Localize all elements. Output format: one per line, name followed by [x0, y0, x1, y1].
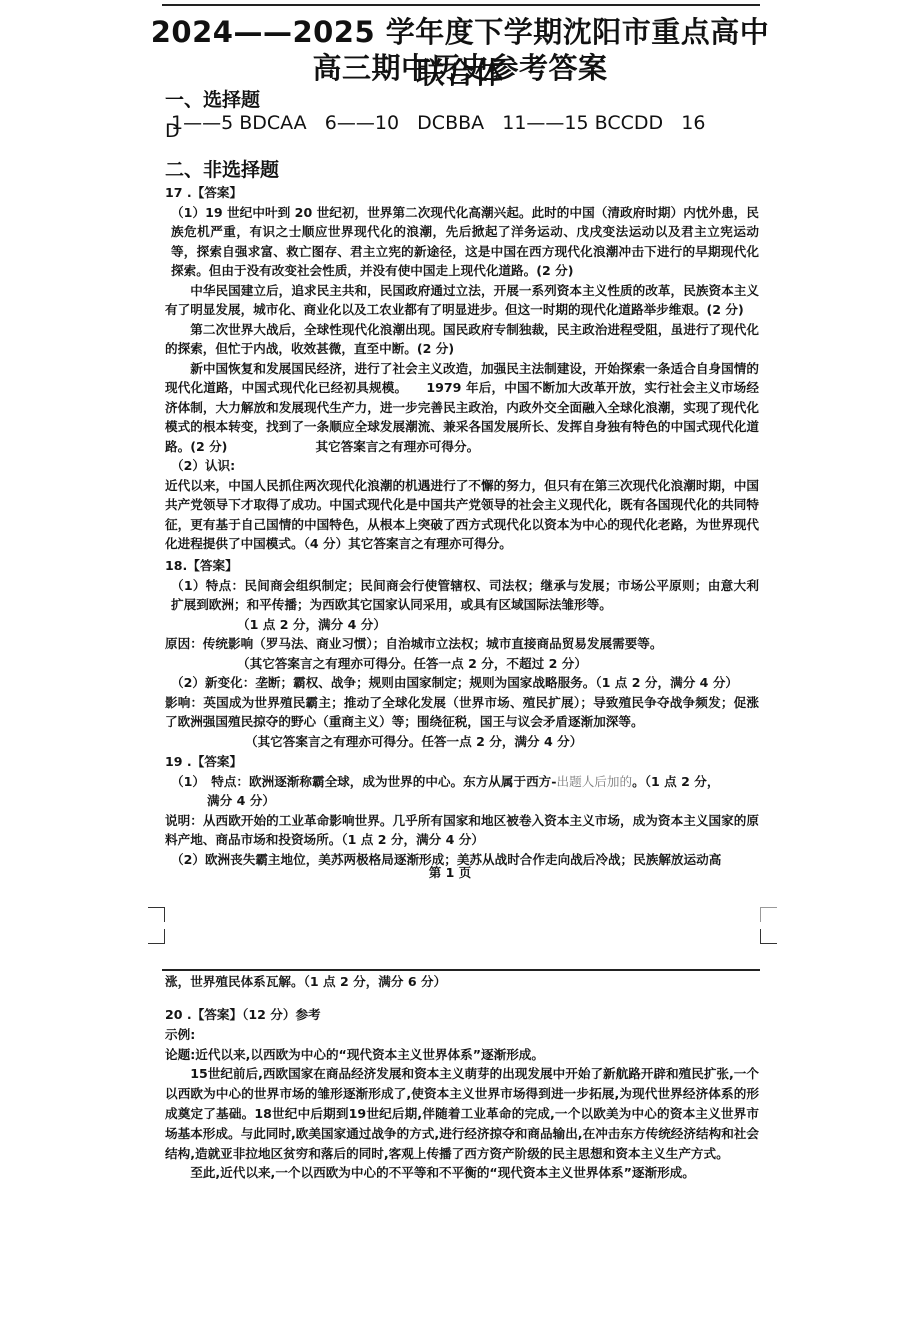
crop-mark-top-right [760, 907, 777, 922]
q18-part1-score: （1 点 2 分，满分 4 分） [165, 615, 759, 635]
document-title-line2: 高三期中历史参考答案 [150, 46, 770, 87]
q18-reason-score: （其它答案言之有理亦可得分。任答一点 2 分，不超过 2 分） [165, 654, 759, 674]
q17-heading: 17 .【答案】 [165, 183, 759, 203]
q18-impact: 影响：英国成为世界殖民霸主；推动了全球化发展（世界市场、殖民扩展）；导致殖民争夺… [165, 693, 759, 732]
q18-part1: （1）特点：民间商会组织制定；民间商会行使管辖权、司法权；继承与发展；市场公平原… [165, 576, 759, 615]
q19-part1: （1） 特点：欧洲逐渐称霸全球，成为世界的中心。东方从属于西方-出题人后加的。（… [165, 772, 759, 792]
q20-example-label: 示例: [165, 1025, 759, 1045]
crop-mark-top-left [148, 907, 165, 922]
q19-part1-wrap: 满分 4 分） [165, 791, 759, 811]
q20-para2: 至此,近代以来,一个以西欧为中心的不平等和不平衡的“现代资本主义世界体系”逐渐形… [165, 1163, 759, 1183]
q18-impact-score: （其它答案言之有理亦可得分。任答一点 2 分，满分 4 分） [165, 732, 759, 752]
q19-part1-text: （1） 特点：欧洲逐渐称霸全球，成为世界的中心。东方从属于西方- [171, 774, 557, 789]
q17-part2-text: 近代以来，中国人民抓住两次现代化浪潮的机遇进行了不懈的努力，但只有在第三次现代化… [165, 476, 759, 554]
q17-part1: （1）19 世纪中叶到 20 世纪初，世界第二次现代化高潮兴起。此时的中国（清政… [165, 203, 759, 281]
section2-label: 二、非选择题 [165, 155, 279, 182]
section1-label: 一、选择题 [165, 89, 260, 111]
q19-explanation: 说明：从西欧开始的工业革命影响世界。几乎所有国家和地区被卷入资本主义市场，成为资… [165, 811, 759, 850]
q19-heading: 19 .【答案】 [165, 752, 759, 772]
question-19: 19 .【答案】 （1） 特点：欧洲逐渐称霸全球，成为世界的中心。东方从属于西方… [165, 752, 759, 869]
q17-para3: 第二次世界大战后，全球性现代化浪潮出现。国民政府专制独裁，民主政治进程受阻，虽进… [165, 320, 759, 359]
q19-part2-continued: 涨，世界殖民体系瓦解。（1 点 2 分，满分 6 分） [165, 972, 759, 992]
q20-thesis: 论题:近代以来,以西欧为中心的“现代资本主义世界体系”逐渐形成。 [165, 1045, 759, 1065]
q19-part1-annotation: 出题人后加的 [557, 774, 633, 789]
q18-heading: 18.【答案】 [165, 556, 759, 576]
crop-mark-bottom-left [148, 929, 165, 944]
page2-top-rule [162, 969, 760, 971]
page-number: 第 1 页 [0, 863, 900, 881]
question-18: 18.【答案】 （1）特点：民间商会组织制定；民间商会行使管辖权、司法权；继承与… [165, 556, 759, 751]
question-17: 17 .【答案】 （1）19 世纪中叶到 20 世纪初，世界第二次现代化高潮兴起… [165, 183, 759, 554]
section1-answers-wrap: D [165, 120, 180, 142]
section1-answers: 1——5 BDCAA 6——10 DCBBA 11——15 BCCDD 16 [171, 112, 705, 134]
q20-heading: 20 .【答案】（12 分）参考 [165, 1005, 759, 1025]
q20-para1: 15世纪前后,西欧国家在商品经济发展和资本主义萌芽的出现发展中开始了新航路开辟和… [165, 1064, 759, 1163]
top-rule [162, 4, 760, 6]
document-page: 2024——2025 学年度下学期沈阳市重点高中联合体 高三期中历史参考答案 一… [0, 0, 900, 1323]
q18-reason: 原因：传统影响（罗马法、商业习惯）；自治城市立法权；城市直接商品贸易发展需要等。 [165, 634, 759, 654]
crop-mark-bottom-right [760, 929, 777, 944]
q17-part2-label: （2）认识: [165, 456, 759, 476]
q18-part2: （2）新变化：垄断；霸权、战争；规则由国家制定；规则为国家战略服务。（1 点 2… [165, 673, 759, 693]
q17-para2: 中华民国建立后，追求民主共和，民国政府通过立法，开展一系列资本主义性质的改革，民… [165, 281, 759, 320]
q17-para4-note: 其它答案言之有理亦可得分。 [315, 439, 479, 454]
section1-multiple-choice: 一、选择题 1——5 BDCAA 6——10 DCBBA 11——15 BCCD… [165, 85, 765, 134]
q19-part1-score: 。（1 点 2 分， [632, 774, 719, 789]
q17-para4: 新中国恢复和发展国民经济，进行了社会主义改造，加强民主法制建设，开始探索一条适合… [165, 359, 759, 457]
question-20: 20 .【答案】（12 分）参考 示例: 论题:近代以来,以西欧为中心的“现代资… [165, 1005, 759, 1183]
